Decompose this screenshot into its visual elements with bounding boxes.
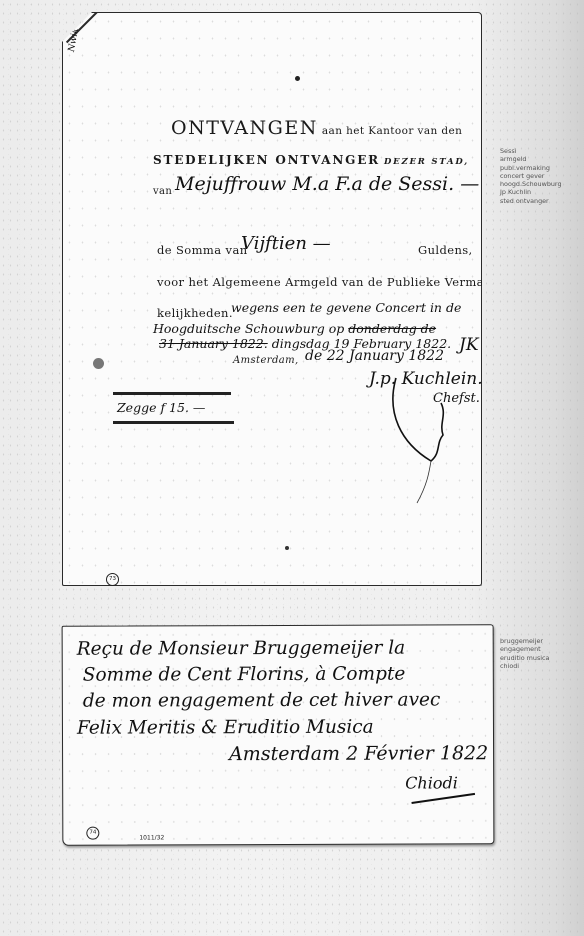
note-line-4: Felix Meritis & Eruditio Musica bbox=[77, 717, 374, 739]
purpose-line-1: wegens een te gevene Concert in de bbox=[231, 300, 461, 315]
zegge-amount: Zegge f 15. — bbox=[117, 400, 205, 415]
ink-speck bbox=[285, 546, 289, 550]
line-voor: voor het Algemeene Armgeld van de Publie… bbox=[157, 275, 488, 289]
zegge-rule-bottom bbox=[113, 421, 234, 424]
initials-mark: JK bbox=[459, 335, 479, 355]
note-date-line: Amsterdam 2 Février 1822 bbox=[229, 742, 488, 765]
heading-line-1: ONTVANGEN aan het Kantoor van den bbox=[171, 117, 462, 139]
catalog-number: 1011/32 bbox=[139, 834, 164, 841]
struck-date-1: donderdag de bbox=[348, 321, 436, 336]
folio-number: 74 bbox=[86, 827, 99, 840]
signature-flourish bbox=[391, 373, 451, 513]
somma-amount-words: Vijftien — bbox=[241, 233, 331, 254]
van-label: van bbox=[153, 186, 172, 197]
purpose-line-2: Hoogduitsche Schouwburg op donderdag de bbox=[153, 321, 436, 336]
heading-line-2: STEDELIJKEN ONTVANGER DEZER STAD, bbox=[153, 153, 469, 167]
payer-name: Mejuffrouw M.a F.a de Sessi. — bbox=[175, 173, 479, 195]
somma-label: de Somma van bbox=[157, 243, 248, 257]
ink-blot bbox=[93, 358, 104, 369]
receipt-document: Nwik ONTVANGEN aan het Kantoor van den S… bbox=[62, 12, 482, 586]
line-kelijk: kelijkheden. bbox=[157, 306, 233, 320]
stedelijken-ontvanger: STEDELIJKEN ONTVANGER bbox=[153, 153, 380, 167]
note-line-2: Somme de Cent Florins, à Compte bbox=[83, 664, 406, 686]
heading-ontvangen: ONTVANGEN bbox=[171, 117, 318, 139]
margin-annotation-note: bruggemeijer engagement eruditio musica … bbox=[500, 637, 549, 670]
struck-date-2: 31 January 1822. bbox=[159, 336, 268, 351]
place-label: Amsterdam, bbox=[233, 355, 299, 366]
note-line-3: de mon engagement de cet hiver avec bbox=[83, 689, 441, 711]
guldens-label: Guldens, bbox=[418, 243, 473, 257]
folio-number: 73 bbox=[106, 573, 119, 586]
note-line-1: Reçu de Monsieur Bruggemeijer la bbox=[77, 638, 406, 660]
margin-annotation-receipt: Sessi armgeld publ.vermaking concert gev… bbox=[500, 147, 562, 205]
receipt-date: de 22 January 1822 bbox=[305, 348, 444, 364]
note-document: Reçu de Monsieur Bruggemeijer la Somme d… bbox=[62, 624, 495, 846]
zegge-rule-top bbox=[113, 392, 231, 395]
purpose-venue: Hoogduitsche Schouwburg op bbox=[153, 321, 344, 336]
note-signature: Chiodi bbox=[405, 773, 458, 792]
heading-rest: aan het Kantoor van den bbox=[322, 125, 462, 137]
ink-dot bbox=[295, 76, 300, 81]
dezer-stad: DEZER STAD, bbox=[384, 157, 469, 167]
